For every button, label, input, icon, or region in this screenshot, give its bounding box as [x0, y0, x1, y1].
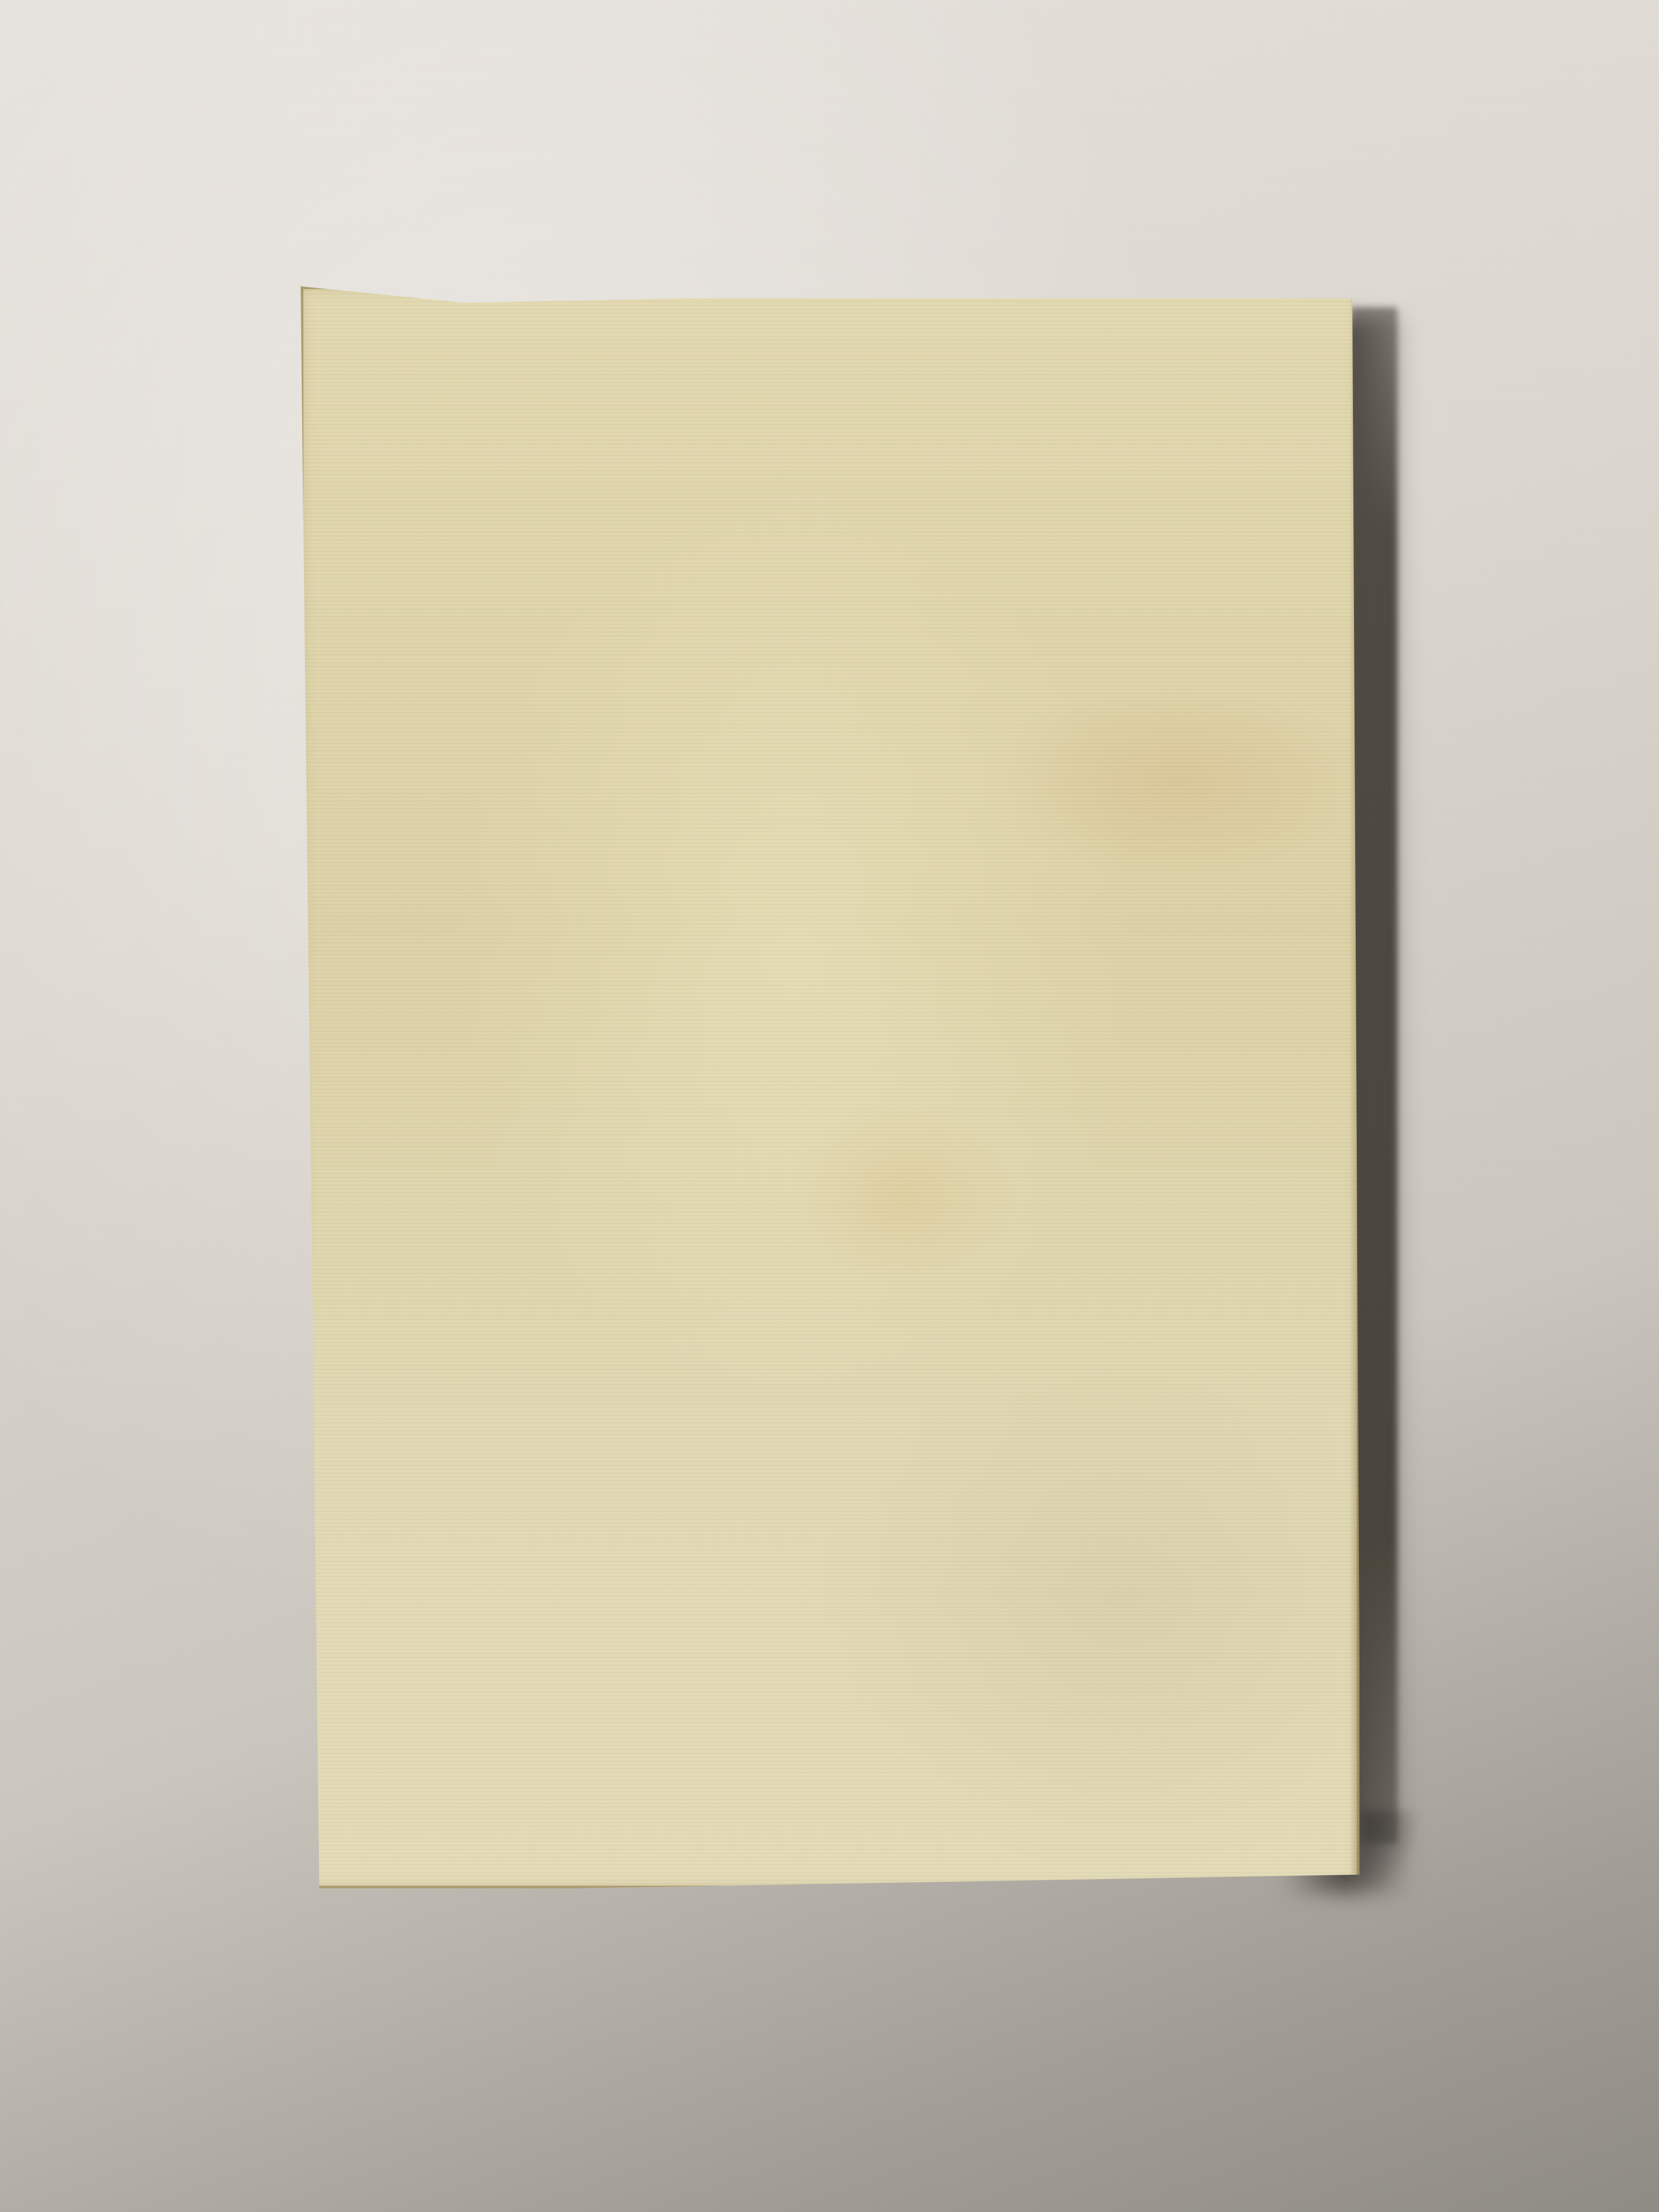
book-back-cover	[301, 286, 1359, 1888]
cover-worn-edge	[301, 286, 1359, 1888]
book-corner-shadow	[1359, 1810, 1420, 1887]
